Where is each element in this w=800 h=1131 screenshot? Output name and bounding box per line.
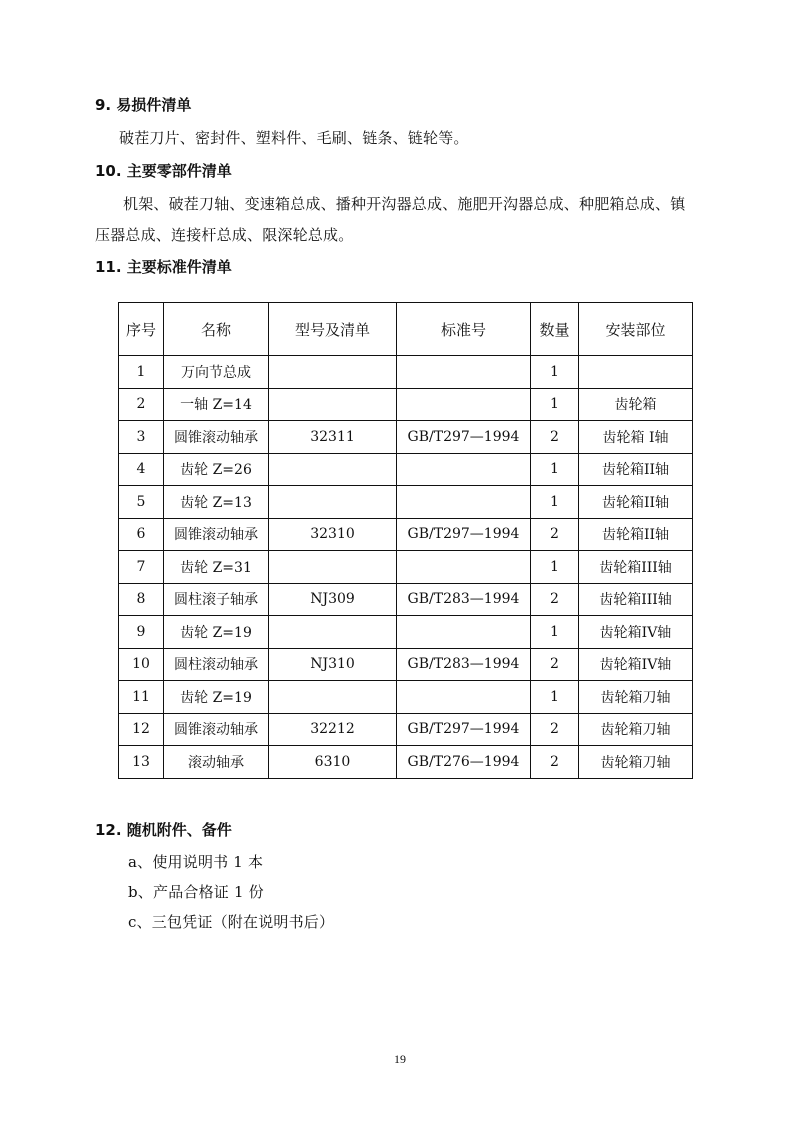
row-quantity: 2 <box>531 518 579 551</box>
row-location: 齿轮箱II轴 <box>579 486 693 519</box>
row-quantity: 1 <box>531 616 579 649</box>
row-index: 8 <box>119 583 164 616</box>
header-quantity: 数量 <box>531 303 579 356</box>
table-row: 7齿轮 Z=311齿轮箱III轴 <box>119 551 693 584</box>
row-location <box>579 356 693 389</box>
row-name: 圆锥滚动轴承 <box>164 518 269 551</box>
header-model: 型号及清单 <box>269 303 397 356</box>
row-index: 7 <box>119 551 164 584</box>
standard-parts-table: 序号 名称 型号及清单 标准号 数量 安装部位 1万向节总成12一轴 Z=141… <box>118 302 693 779</box>
row-location: 齿轮箱刀轴 <box>579 681 693 714</box>
row-standard <box>397 486 531 519</box>
row-quantity: 2 <box>531 648 579 681</box>
row-quantity: 2 <box>531 713 579 746</box>
row-standard <box>397 681 531 714</box>
row-quantity: 1 <box>531 681 579 714</box>
row-quantity: 1 <box>531 486 579 519</box>
row-name: 齿轮 Z=13 <box>164 486 269 519</box>
row-location: 齿轮箱IV轴 <box>579 616 693 649</box>
row-index: 3 <box>119 421 164 454</box>
row-standard: GB/T276—1994 <box>397 746 531 779</box>
row-model <box>269 616 397 649</box>
row-quantity: 1 <box>531 388 579 421</box>
row-quantity: 1 <box>531 453 579 486</box>
row-index: 13 <box>119 746 164 779</box>
section-12-heading: 12. 随机附件、备件 <box>95 820 232 840</box>
row-standard <box>397 356 531 389</box>
row-location: 齿轮箱II轴 <box>579 518 693 551</box>
row-location: 齿轮箱IV轴 <box>579 648 693 681</box>
row-location: 齿轮箱III轴 <box>579 583 693 616</box>
row-index: 9 <box>119 616 164 649</box>
row-standard <box>397 616 531 649</box>
header-index: 序号 <box>119 303 164 356</box>
row-name: 一轴 Z=14 <box>164 388 269 421</box>
row-index: 10 <box>119 648 164 681</box>
section-10-heading: 10. 主要零部件清单 <box>95 161 232 181</box>
row-name: 齿轮 Z=19 <box>164 616 269 649</box>
row-name: 圆锥滚动轴承 <box>164 421 269 454</box>
row-model: NJ309 <box>269 583 397 616</box>
row-index: 11 <box>119 681 164 714</box>
row-name: 齿轮 Z=26 <box>164 453 269 486</box>
row-model <box>269 551 397 584</box>
row-name: 圆柱滚动轴承 <box>164 648 269 681</box>
row-standard: GB/T297—1994 <box>397 713 531 746</box>
header-location: 安装部位 <box>579 303 693 356</box>
page-number: 19 <box>0 1052 800 1067</box>
row-model <box>269 356 397 389</box>
row-index: 1 <box>119 356 164 389</box>
row-location: 齿轮箱刀轴 <box>579 746 693 779</box>
table-row: 2一轴 Z=141齿轮箱 <box>119 388 693 421</box>
row-model <box>269 453 397 486</box>
row-index: 12 <box>119 713 164 746</box>
row-standard: GB/T283—1994 <box>397 583 531 616</box>
row-name: 圆柱滚子轴承 <box>164 583 269 616</box>
row-index: 4 <box>119 453 164 486</box>
accessory-item: a、使用说明书 1 本 <box>128 852 263 872</box>
row-model: 32311 <box>269 421 397 454</box>
table-row: 3圆锥滚动轴承32311GB/T297—19942齿轮箱 I轴 <box>119 421 693 454</box>
row-quantity: 1 <box>531 551 579 584</box>
table-row: 8圆柱滚子轴承NJ309GB/T283—19942齿轮箱III轴 <box>119 583 693 616</box>
row-model: 32212 <box>269 713 397 746</box>
row-location: 齿轮箱III轴 <box>579 551 693 584</box>
table-row: 9齿轮 Z=191齿轮箱IV轴 <box>119 616 693 649</box>
row-model: 32310 <box>269 518 397 551</box>
row-standard <box>397 453 531 486</box>
row-model: 6310 <box>269 746 397 779</box>
table-header-row: 序号 名称 型号及清单 标准号 数量 安装部位 <box>119 303 693 356</box>
row-index: 5 <box>119 486 164 519</box>
row-location: 齿轮箱 <box>579 388 693 421</box>
row-standard: GB/T283—1994 <box>397 648 531 681</box>
row-model: NJ310 <box>269 648 397 681</box>
table-row: 10圆柱滚动轴承NJ310GB/T283—19942齿轮箱IV轴 <box>119 648 693 681</box>
header-standard: 标准号 <box>397 303 531 356</box>
accessory-item: c、三包凭证（附在说明书后） <box>128 912 334 932</box>
row-location: 齿轮箱 I轴 <box>579 421 693 454</box>
section-9-text: 破茬刀片、密封件、塑料件、毛刷、链条、链轮等。 <box>119 128 469 148</box>
section-9-heading: 9. 易损件清单 <box>95 95 191 115</box>
section-10-text-line1: 机架、破茬刀轴、变速箱总成、播种开沟器总成、施肥开沟器总成、种肥箱总成、镇 <box>123 194 685 214</box>
row-model <box>269 681 397 714</box>
table-row: 11齿轮 Z=191齿轮箱刀轴 <box>119 681 693 714</box>
section-10-text-line2: 压器总成、连接杆总成、限深轮总成。 <box>95 225 353 245</box>
document-page: 9. 易损件清单 破茬刀片、密封件、塑料件、毛刷、链条、链轮等。 10. 主要零… <box>0 0 800 1131</box>
row-index: 6 <box>119 518 164 551</box>
header-name: 名称 <box>164 303 269 356</box>
row-name: 齿轮 Z=31 <box>164 551 269 584</box>
table-row: 1万向节总成1 <box>119 356 693 389</box>
table-row: 12圆锥滚动轴承32212GB/T297—19942齿轮箱刀轴 <box>119 713 693 746</box>
row-quantity: 2 <box>531 583 579 616</box>
table-row: 4齿轮 Z=261齿轮箱II轴 <box>119 453 693 486</box>
row-quantity: 2 <box>531 746 579 779</box>
row-index: 2 <box>119 388 164 421</box>
row-name: 齿轮 Z=19 <box>164 681 269 714</box>
accessory-item: b、产品合格证 1 份 <box>128 882 264 902</box>
table-row: 6圆锥滚动轴承32310GB/T297—19942齿轮箱II轴 <box>119 518 693 551</box>
row-quantity: 2 <box>531 421 579 454</box>
row-model <box>269 486 397 519</box>
row-location: 齿轮箱刀轴 <box>579 713 693 746</box>
row-standard: GB/T297—1994 <box>397 518 531 551</box>
row-name: 万向节总成 <box>164 356 269 389</box>
table-row: 5齿轮 Z=131齿轮箱II轴 <box>119 486 693 519</box>
row-model <box>269 388 397 421</box>
table-row: 13滚动轴承6310GB/T276—19942齿轮箱刀轴 <box>119 746 693 779</box>
row-location: 齿轮箱II轴 <box>579 453 693 486</box>
row-standard <box>397 388 531 421</box>
row-name: 圆锥滚动轴承 <box>164 713 269 746</box>
row-quantity: 1 <box>531 356 579 389</box>
row-standard <box>397 551 531 584</box>
row-name: 滚动轴承 <box>164 746 269 779</box>
section-11-heading: 11. 主要标准件清单 <box>95 257 232 277</box>
row-standard: GB/T297—1994 <box>397 421 531 454</box>
